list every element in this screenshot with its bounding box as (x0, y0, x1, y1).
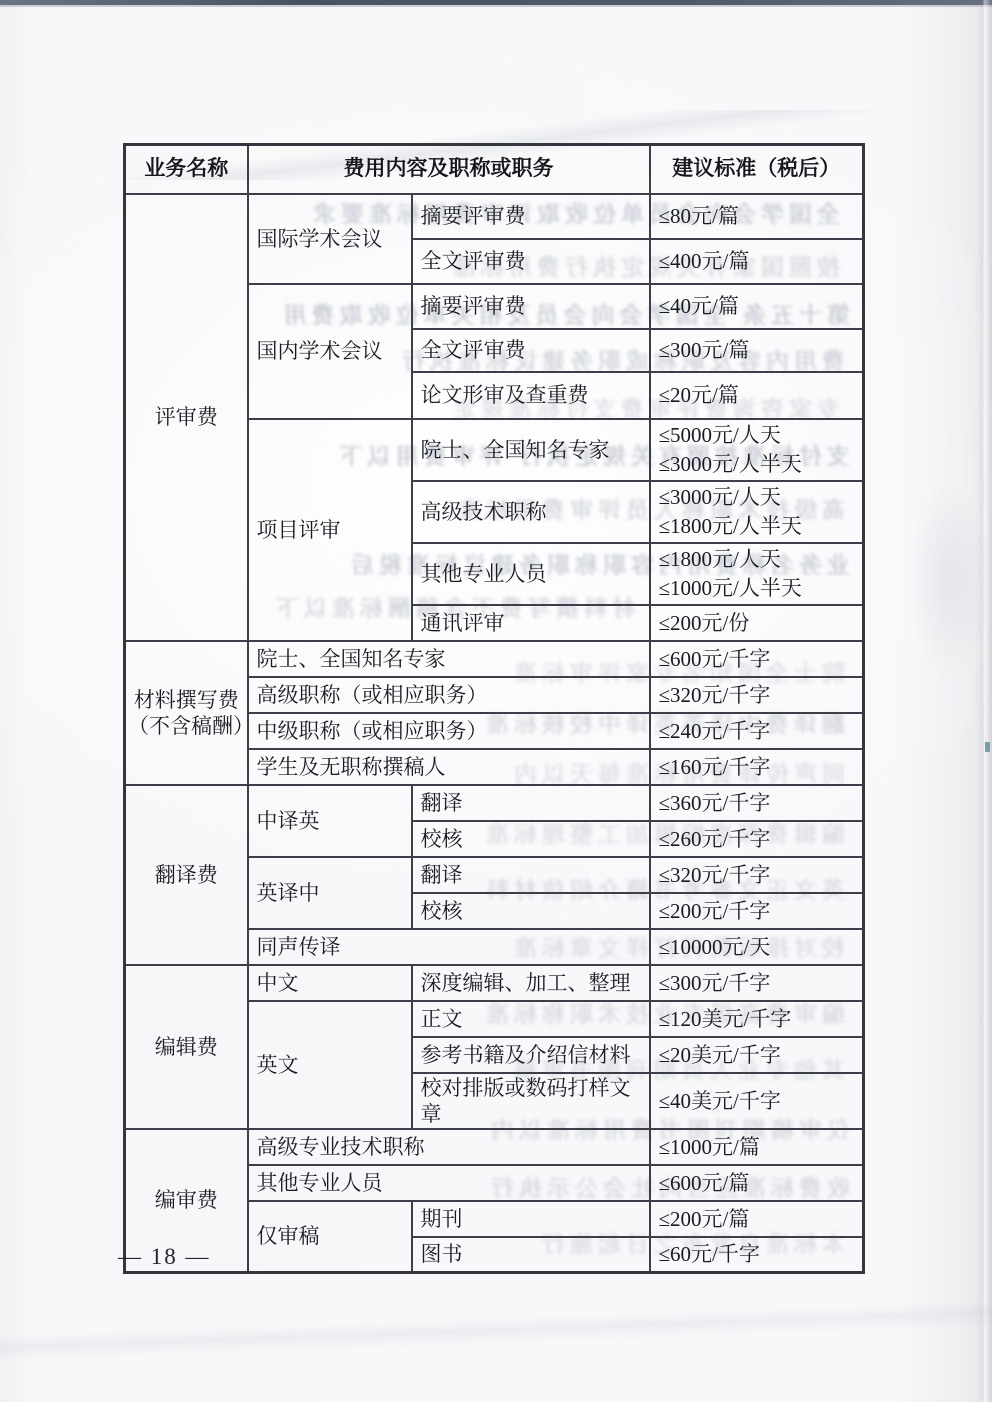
fee-standard-cell: ≤20美元/千字 (650, 1037, 864, 1073)
fee-standard-cell: ≤400元/篇 (650, 239, 864, 284)
sub-english: 英文 (248, 1001, 412, 1129)
page-fold-shadow (976, 0, 992, 1402)
fee-item-cell: 学生及无职称撰稿人 (248, 749, 650, 785)
table-row: 编审费 高级专业技术职称 ≤1000元/篇 (125, 1129, 864, 1165)
col-header-fee-content: 费用内容及职称或职务 (248, 145, 650, 194)
fee-item-cell: 高级专业技术职称 (248, 1129, 650, 1165)
sub-domestic-conference: 国内学术会议 (248, 284, 412, 419)
fee-item-cell: 正文 (412, 1001, 650, 1037)
fee-standard-cell: ≤300元/篇 (650, 329, 864, 372)
fee-standard-cell: ≤200元/篇 (650, 1201, 864, 1237)
fee-item-cell: 期刊 (412, 1201, 650, 1237)
fee-standard-cell: ≤300元/千字 (650, 965, 864, 1001)
fee-item-cell: 摘要评审费 (412, 284, 650, 329)
fee-standard-cell: ≤40美元/千字 (650, 1073, 864, 1129)
fee-standard-cell: ≤360元/千字 (650, 785, 864, 821)
group-material-writing-fee: 材料撰写费 （不含稿酬） (125, 641, 248, 785)
standard-line-1: ≤3000元/人天 (659, 483, 859, 512)
paper-crease (0, 1290, 992, 1370)
table-row: 翻译费 中译英 翻译 ≤360元/千字 (125, 785, 864, 821)
fee-item-cell: 论文形审及查重费 (412, 372, 650, 419)
fee-standard-cell: ≤320元/千字 (650, 857, 864, 893)
fee-item-cell: 翻译 (412, 785, 650, 821)
group-name-line-2: （不含稿酬） (128, 713, 245, 739)
standard-line-2: ≤3000元/人半天 (659, 450, 859, 479)
scanner-edge-shadow (0, 5, 992, 7)
fee-standard-cell: ≤260元/千字 (650, 821, 864, 857)
standard-line-2: ≤1000元/人半天 (659, 574, 859, 603)
fee-item-cell: 院士、全国知名专家 (248, 641, 650, 677)
standard-line-1: ≤5000元/人天 (659, 421, 859, 450)
fee-standard-cell: ≤60元/千字 (650, 1237, 864, 1273)
fee-item-cell: 摘要评审费 (412, 194, 650, 239)
col-header-suggested-standard: 建议标准（税后） (650, 145, 864, 194)
table-header-row: 业务名称 费用内容及职称或职务 建议标准（税后） (125, 145, 864, 194)
fee-standard-cell: ≤10000元/天 (650, 929, 864, 965)
fee-item-cell: 深度编辑、加工、整理 (412, 965, 650, 1001)
fee-standard-cell: ≤5000元/人天 ≤3000元/人半天 (650, 419, 864, 481)
fee-item-cell: 校核 (412, 893, 650, 929)
fee-item-cell: 参考书籍及介绍信材料 (412, 1037, 650, 1073)
group-review-fee: 评审费 (125, 194, 248, 641)
fee-standard-cell: ≤1000元/篇 (650, 1129, 864, 1165)
fee-item-cell: 通讯评审 (412, 605, 650, 641)
group-editing-fee: 编辑费 (125, 965, 248, 1129)
fee-item-cell: 院士、全国知名专家 (412, 419, 650, 481)
group-translation-fee: 翻译费 (125, 785, 248, 965)
fee-standards-table: 业务名称 费用内容及职称或职务 建议标准（税后） 评审费 国际学术会议 摘要评审… (123, 143, 865, 1274)
fee-item-cell: 高级技术职称 (412, 481, 650, 543)
fee-standard-cell: ≤1800元/人天 ≤1000元/人半天 (650, 543, 864, 605)
fee-standard-cell: ≤20元/篇 (650, 372, 864, 419)
fee-standard-cell: ≤40元/篇 (650, 284, 864, 329)
sub-international-conference: 国际学术会议 (248, 194, 412, 284)
fee-standard-cell: ≤120美元/千字 (650, 1001, 864, 1037)
sub-review-only: 仅审稿 (248, 1201, 412, 1273)
fee-standard-cell: ≤320元/千字 (650, 677, 864, 713)
page-number: — 18 — (118, 1244, 211, 1270)
fee-item-cell: 图书 (412, 1237, 650, 1273)
table-row: 材料撰写费 （不含稿酬） 院士、全国知名专家 ≤600元/千字 (125, 641, 864, 677)
sub-english-to-chinese: 英译中 (248, 857, 412, 929)
fee-item-cell: 同声传译 (248, 929, 650, 965)
fee-standard-cell: ≤200元/千字 (650, 893, 864, 929)
fee-item-cell: 中级职称（或相应职务） (248, 713, 650, 749)
sub-chinese: 中文 (248, 965, 412, 1001)
fee-item-cell: 翻译 (412, 857, 650, 893)
fee-standard-cell: ≤240元/千字 (650, 713, 864, 749)
fee-item-cell: 高级职称（或相应职务） (248, 677, 650, 713)
fee-item-cell: 全文评审费 (412, 239, 650, 284)
fee-standard-cell: ≤600元/篇 (650, 1165, 864, 1201)
fee-item-cell: 校对排版或数码打样文章 (412, 1073, 650, 1129)
standard-line-1: ≤1800元/人天 (659, 545, 859, 574)
fee-standard-cell: ≤160元/千字 (650, 749, 864, 785)
fee-standard-cell: ≤80元/篇 (650, 194, 864, 239)
fee-item-cell: 校核 (412, 821, 650, 857)
edge-mark (985, 742, 990, 752)
fee-standard-cell: ≤3000元/人天 ≤1800元/人半天 (650, 481, 864, 543)
col-header-business-name: 业务名称 (125, 145, 248, 194)
sub-project-review: 项目评审 (248, 419, 412, 641)
fee-item-cell: 全文评审费 (412, 329, 650, 372)
table-row: 评审费 国际学术会议 摘要评审费 ≤80元/篇 (125, 194, 864, 239)
sub-chinese-to-english: 中译英 (248, 785, 412, 857)
fee-item-cell: 其他专业人员 (248, 1165, 650, 1201)
fee-standard-cell: ≤600元/千字 (650, 641, 864, 677)
group-name-line-1: 材料撰写费 (128, 687, 245, 713)
standard-line-2: ≤1800元/人半天 (659, 512, 859, 541)
paper-crease (852, 430, 992, 730)
fee-item-cell: 其他专业人员 (412, 543, 650, 605)
table-row: 编辑费 中文 深度编辑、加工、整理 ≤300元/千字 (125, 965, 864, 1001)
fee-standard-cell: ≤200元/份 (650, 605, 864, 641)
